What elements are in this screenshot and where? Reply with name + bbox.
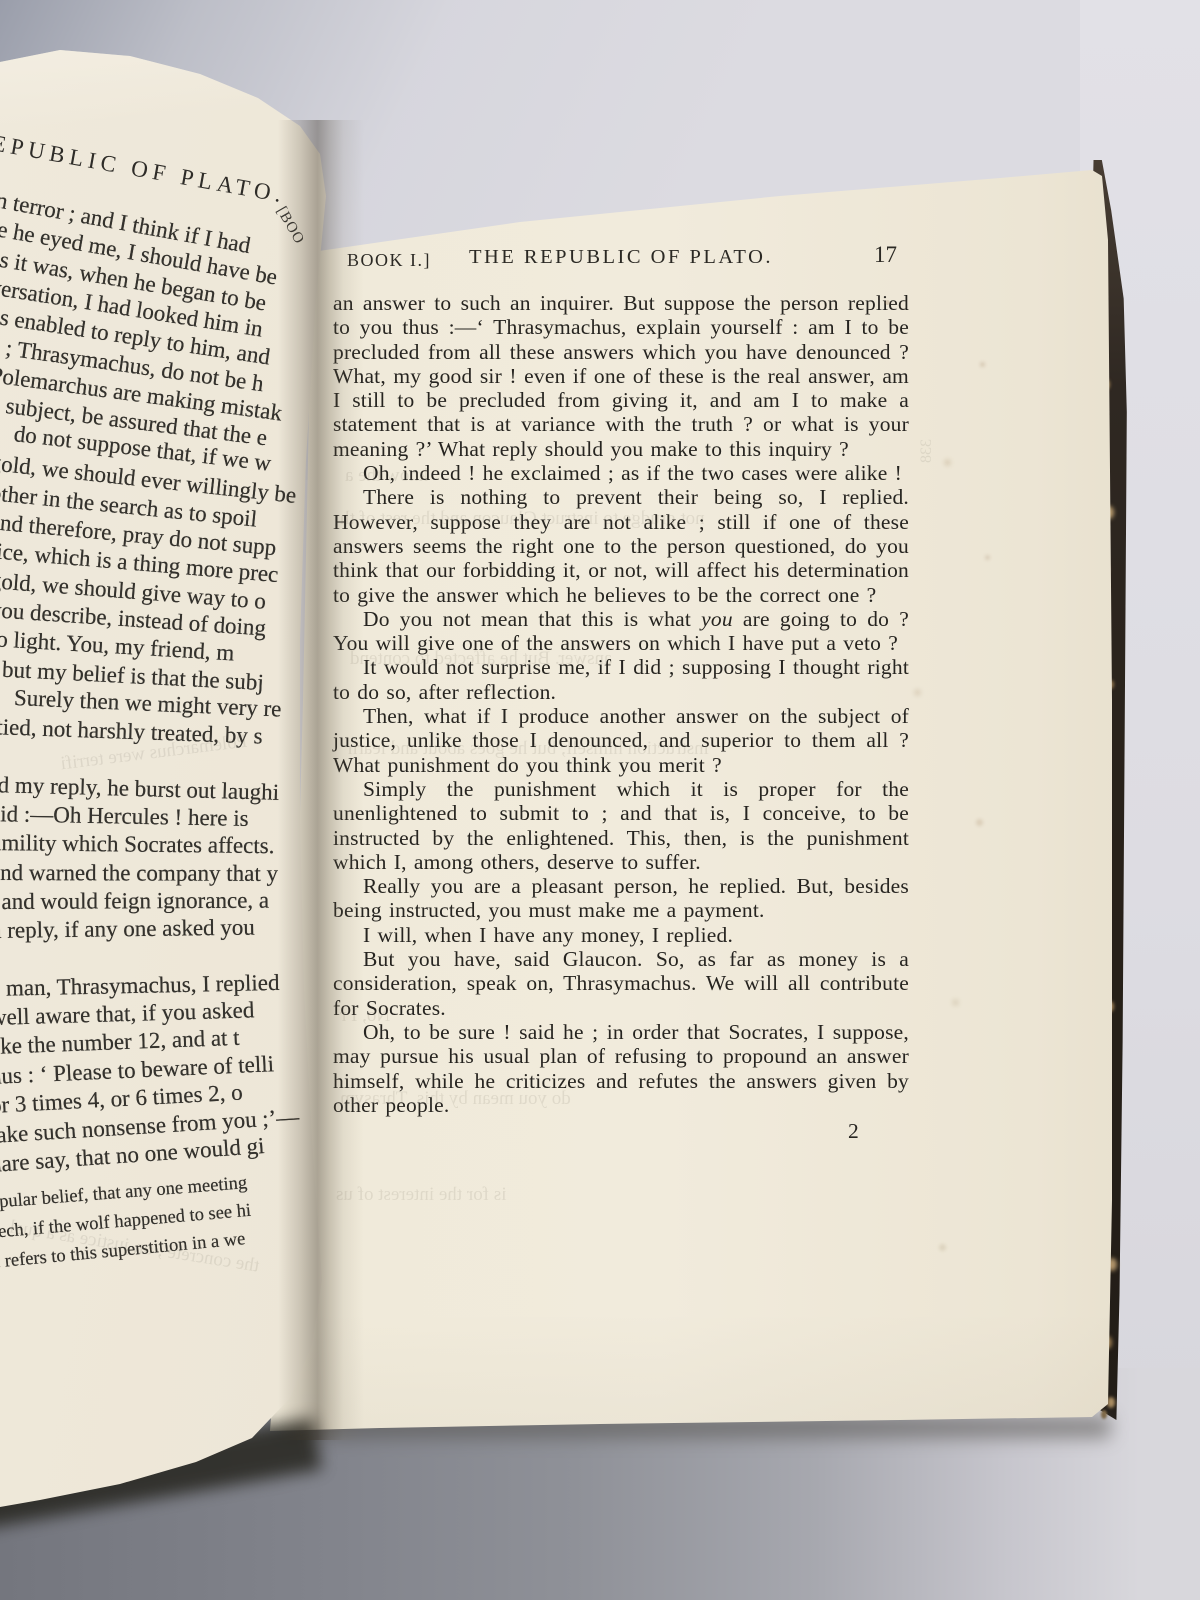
text-segment: But you have, said Glaucon. So, as far a… [333, 947, 909, 1020]
show-through-text: do you mean by this, Thrasym [340, 1088, 571, 1110]
show-through-text: instruction himself, but he goes about a… [348, 738, 709, 760]
left-page-line: n reply, if any one asked you [0, 915, 255, 944]
foxing-spots [885, 300, 890, 305]
left-page-line: aid :—Oh Hercules ! here is [0, 801, 249, 832]
text-segment: Really you are a pleasant person, he rep… [333, 874, 909, 922]
paragraph: I will, when I have any money, I replied… [333, 923, 909, 947]
running-header-title: THE REPUBLIC OF PLATO. [333, 246, 909, 269]
book-photo-scene: BOOK I.] THE REPUBLIC OF PLATO. 17 an an… [0, 0, 1200, 1600]
text-segment: Oh, indeed ! he exclaimed ; as if the tw… [363, 461, 902, 485]
body-text: an answer to such an inquirer. But suppo… [333, 291, 909, 1143]
paragraph: Really you are a pleasant person, he rep… [333, 874, 909, 923]
paragraph: Simply the punishment which it is proper… [333, 777, 909, 874]
italic-text: you [701, 607, 733, 631]
show-through-text: know the a [345, 465, 428, 487]
show-through-text: is for the interest of us [336, 1184, 506, 1206]
show-through-text: not grudge to instruct Glaucon and the r… [340, 508, 705, 530]
text-segment: Simply the punishment which it is proper… [333, 777, 909, 874]
page-number: 17 [833, 242, 897, 268]
text-segment: There is nothing to prevent their being … [333, 485, 909, 606]
text-segment: I will, when I have any money, I replied… [363, 923, 733, 947]
paragraph: There is nothing to prevent their being … [333, 485, 909, 606]
text-segment: Do you not mean that this is what [363, 607, 701, 631]
left-header-bracket-fragment: [BOO [272, 204, 307, 248]
paragraph: an answer to such an inquirer. But suppo… [333, 291, 909, 461]
paragraph: But you have, said Glaucon. So, as far a… [333, 947, 909, 1020]
show-through-text: answer. But he affected to contend [350, 648, 612, 670]
left-page-line: and warned the company that y [0, 860, 278, 887]
left-page-line: rd my reply, he burst out laughi [0, 772, 279, 806]
text-segment: an answer to such an inquirer. But suppo… [333, 291, 909, 461]
left-page-line: , and would feign ignorance, a [0, 888, 269, 915]
left-page-line: umility which Socrates affects. [0, 830, 275, 859]
show-through-text: No, I r [340, 1005, 390, 1027]
show-through-text: 338 [918, 439, 936, 463]
signature-mark: 2 [333, 1119, 909, 1143]
